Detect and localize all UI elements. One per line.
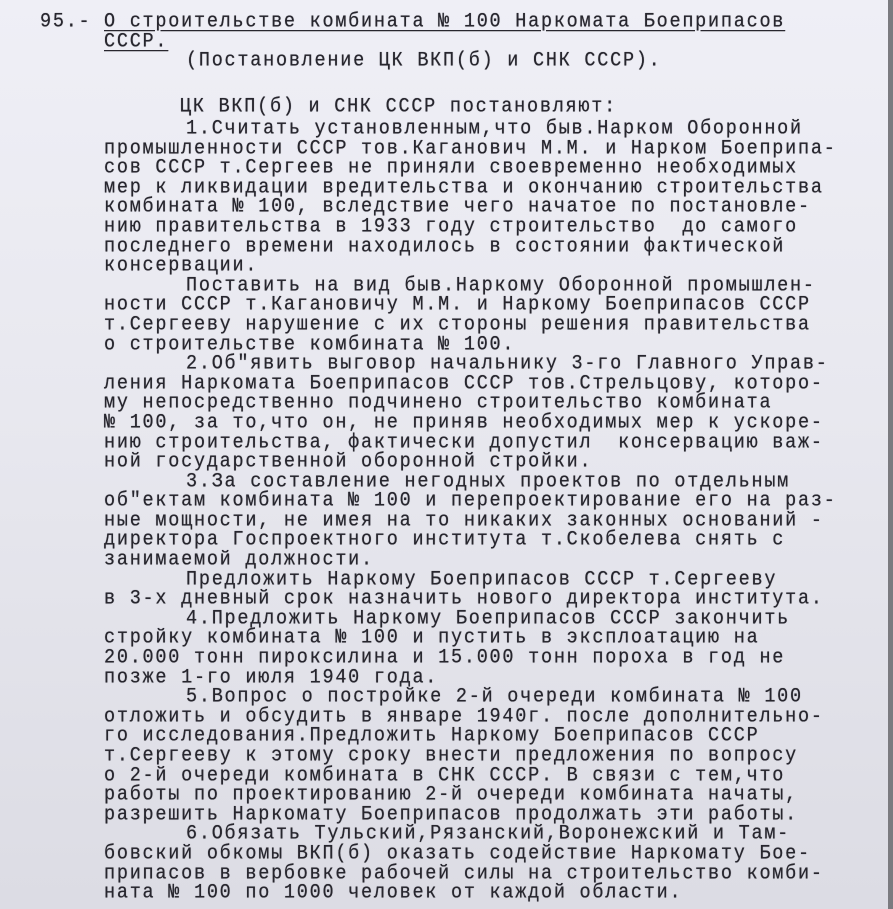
document-subtitle: (Постановление ЦК ВКП(б) и СНК СССР). bbox=[186, 50, 662, 72]
item-number: 95.- bbox=[40, 11, 91, 33]
document-title-continued: СССР. bbox=[104, 31, 168, 53]
document-body: 1.Считать установленным,что быв.Нарком О… bbox=[104, 118, 837, 902]
preamble: ЦК ВКП(б) и СНК СССР постановляют: bbox=[180, 96, 617, 118]
scan-edge bbox=[888, 0, 893, 909]
text-line: ната № 100 по 1000 человек от каждой обл… bbox=[104, 882, 837, 904]
document-page: 95.- О строительстве комбината № 100 Нар… bbox=[0, 0, 888, 909]
document-title: О строительстве комбината № 100 Наркомат… bbox=[104, 11, 785, 33]
